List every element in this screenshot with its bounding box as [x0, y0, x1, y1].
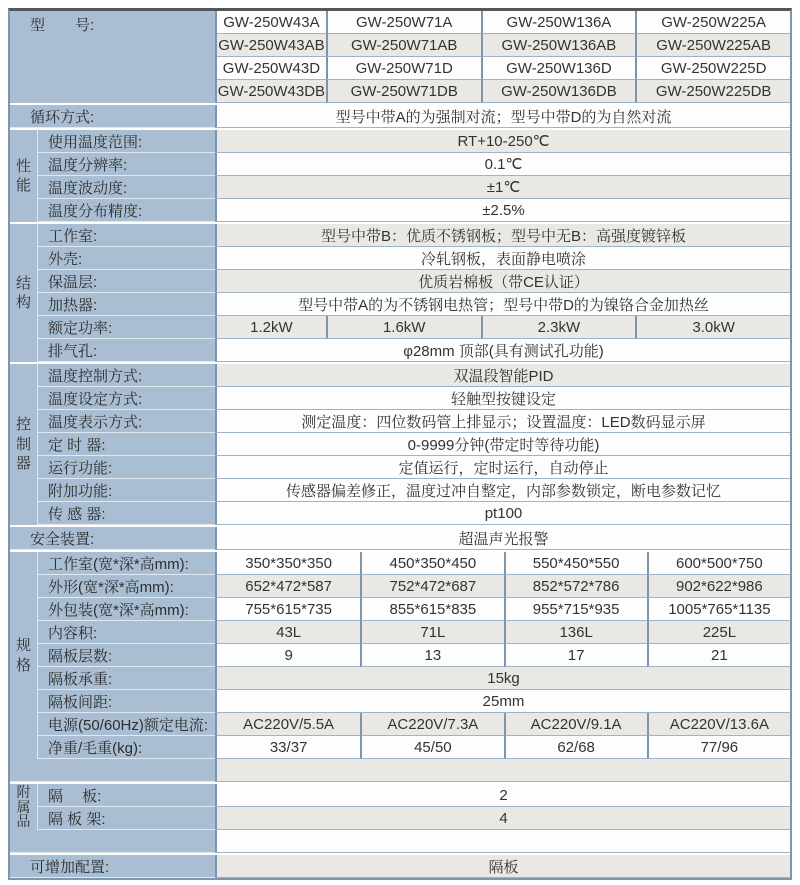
- table-row: 温度分辨率:0.1℃: [38, 153, 790, 176]
- value-cell: 752*472*687: [360, 575, 503, 598]
- value-cell: GW-250W43DB: [217, 80, 326, 103]
- value-cell: GW-250W43D: [217, 57, 326, 80]
- table-row: 循环方式:型号中带A的为强制对流；型号中带D的为自然对流: [10, 105, 790, 128]
- value-text: 3.0kW: [692, 319, 735, 336]
- row-label: 隔 板:: [38, 784, 215, 807]
- value-text: GW-250W43DB: [218, 83, 325, 100]
- section-rows: 温度控制方式:双温段智能PID温度设定方式:轻触型按键设定温度表示方式:测定温度…: [38, 364, 790, 525]
- value-text: GW-250W225AB: [656, 37, 771, 54]
- value-cell: 852*572*786: [504, 575, 647, 598]
- value-text: 超温声光报警: [458, 528, 548, 549]
- row-label: 安全装置:: [10, 527, 215, 550]
- value-cell: GW-250W136DB: [481, 80, 636, 103]
- table-row: 额定功率:1.2kW1.6kW2.3kW3.0kW: [38, 316, 790, 339]
- row-value: 0.1℃: [215, 153, 790, 176]
- row-label: 附加功能:: [38, 479, 215, 502]
- value-cell: AC220V/5.5A: [217, 713, 360, 736]
- value-cell: 755*615*735: [217, 598, 360, 621]
- section-rows: 工作室:型号中带B：优质不锈钢板；型号中无B：高强度镀锌板外壳:冷轧钢板，表面静…: [38, 224, 790, 362]
- table-row: 隔板间距:25mm: [38, 690, 790, 713]
- row-value: [215, 830, 790, 853]
- value-cell: GW-250W225A: [635, 11, 790, 34]
- value-text: 1.6kW: [383, 319, 426, 336]
- value-cell: 21: [647, 644, 790, 667]
- group-label-text: 性能: [16, 157, 31, 196]
- value-cells: 9131721: [215, 644, 790, 667]
- table-row: 温度设定方式:轻触型按键设定: [38, 387, 790, 410]
- value-cell: 77/96: [647, 736, 790, 759]
- value-cell: 855*615*835: [360, 598, 503, 621]
- value-cell: 652*472*587: [217, 575, 360, 598]
- value-text: 71L: [420, 624, 445, 641]
- value-text: 1.2kW: [250, 319, 293, 336]
- value-text: φ28mm 顶部(具有测试孔功能): [403, 340, 604, 361]
- row-label: 内容积:: [38, 621, 215, 644]
- row-label: 外壳:: [38, 247, 215, 270]
- row-value: 隔板: [215, 855, 790, 878]
- row-value: 测定温度：四位数码管上排显示；设置温度：LED数码显示屏: [215, 410, 790, 433]
- row-value: ±2.5%: [215, 199, 790, 222]
- table-row: [10, 830, 790, 853]
- row-label: 使用温度范围:: [38, 130, 215, 153]
- value-cell: 902*622*986: [647, 575, 790, 598]
- value-cell: 3.0kW: [635, 316, 790, 339]
- value-text: 定值运行，定时运行，自动停止: [398, 457, 608, 478]
- row-label-text: 排气孔:: [48, 340, 97, 361]
- row-value: 超温声光报警: [215, 527, 790, 550]
- value-text: 0-9999分钟(带定时等待功能): [408, 434, 600, 455]
- row-label-text: 外壳:: [48, 248, 82, 269]
- value-cell: 9: [217, 644, 360, 667]
- value-cell: 600*500*750: [647, 552, 790, 575]
- value-text: AC220V/5.5A: [243, 716, 334, 733]
- value-text: GW-250W71D: [356, 60, 453, 77]
- table-row: 保温层:优质岩棉板（带CE认证）: [38, 270, 790, 293]
- value-text: GW-250W43A: [223, 14, 319, 31]
- value-cell: AC220V/7.3A: [360, 713, 503, 736]
- value-text: 0.1℃: [485, 155, 523, 173]
- value-text: 1005*765*1135: [668, 601, 770, 618]
- table-row: 隔板承重:15kg: [38, 667, 790, 690]
- section-rows: 循环方式:型号中带A的为强制对流；型号中带D的为自然对流: [10, 105, 790, 128]
- row-label: 加热器:: [38, 293, 215, 316]
- row-label-text: 安全装置:: [30, 528, 94, 549]
- value-text: GW-250W136DB: [501, 83, 617, 100]
- value-cells: 1.2kW1.6kW2.3kW3.0kW: [215, 316, 790, 339]
- value-text: 550*450*550: [533, 555, 620, 572]
- value-text: pt100: [485, 505, 523, 522]
- row-label-text: 隔板承重:: [48, 668, 112, 689]
- value-text: 855*615*835: [389, 601, 476, 618]
- value-text: AC220V/9.1A: [531, 716, 622, 733]
- value-cells: AC220V/5.5AAC220V/7.3AAC220V/9.1AAC220V/…: [215, 713, 790, 736]
- value-cell: GW-250W71A: [326, 11, 481, 34]
- value-text: GW-250W136D: [506, 60, 612, 77]
- value-cells: GW-250W43DBGW-250W71DBGW-250W136DBGW-250…: [215, 80, 790, 103]
- section-rows: 隔 板:2隔 板 架:4: [38, 784, 790, 830]
- value-text: RT+10-250℃: [457, 132, 549, 150]
- section-model: 型 号:GW-250W43AGW-250W71AGW-250W136AGW-25…: [10, 11, 790, 103]
- value-cell: 2.3kW: [481, 316, 636, 339]
- value-cell: 1.6kW: [326, 316, 481, 339]
- value-text: 型号中带A的为不锈钢电热管；型号中带D的为镍铬合金加热丝: [298, 294, 709, 315]
- value-text: 21: [711, 647, 728, 664]
- value-text: 轻触型按键设定: [451, 388, 556, 409]
- row-label-text: 使用温度范围:: [48, 131, 142, 152]
- row-label: 隔 板 架:: [38, 807, 215, 830]
- section-safety: 安全装置:超温声光报警: [10, 527, 790, 550]
- table-row: [10, 759, 790, 782]
- table-row: 温度波动度:±1℃: [38, 176, 790, 199]
- row-value: [215, 759, 790, 782]
- value-cell: 13: [360, 644, 503, 667]
- value-cells: 43L71L136L225L: [215, 621, 790, 644]
- value-text: GW-250W71AB: [351, 37, 457, 54]
- value-text: 型号中带B：优质不锈钢板；型号中无B：高强度镀锌板: [321, 225, 686, 246]
- section-rows: 可增加配置:隔板: [10, 855, 790, 878]
- row-label: 型 号:: [10, 11, 215, 103]
- row-label: 温度波动度:: [38, 176, 215, 199]
- value-text: 45/50: [414, 739, 452, 756]
- row-value: 传感器偏差修正，温度过冲自整定，内部参数锁定，断电参数记忆: [215, 479, 790, 502]
- value-text: 77/96: [701, 739, 739, 756]
- section-accessories: 附属品隔 板:2隔 板 架:4: [10, 784, 790, 830]
- value-cell: 33/37: [217, 736, 360, 759]
- page: 型 号:GW-250W43AGW-250W71AGW-250W136AGW-25…: [0, 0, 800, 885]
- section-rows: [10, 830, 790, 853]
- value-cell: GW-250W71D: [326, 57, 481, 80]
- row-label-text: 隔 板:: [48, 785, 101, 806]
- row-label-text: 循环方式:: [30, 106, 94, 127]
- row-label: 电源(50/60Hz)额定电流:: [38, 713, 215, 736]
- value-text: 双温段智能PID: [453, 365, 553, 386]
- row-label: 隔板承重:: [38, 667, 215, 690]
- group-label-text: 结构: [16, 274, 31, 313]
- value-text: 652*472*587: [245, 578, 332, 595]
- value-cell: 550*450*550: [504, 552, 647, 575]
- row-value: 15kg: [215, 667, 790, 690]
- row-label: 温度表示方式:: [38, 410, 215, 433]
- value-text: GW-250W225D: [661, 60, 767, 77]
- value-text: 冷轧钢板，表面静电喷涂: [421, 248, 586, 269]
- row-label: 传 感 器:: [38, 502, 215, 525]
- row-label: 定 时 器:: [38, 433, 215, 456]
- value-cell: GW-250W225AB: [635, 34, 790, 57]
- value-text: GW-250W136A: [507, 14, 612, 31]
- row-value: 型号中带A的为不锈钢电热管；型号中带D的为镍铬合金加热丝: [215, 293, 790, 316]
- group-label: 规格: [10, 552, 38, 759]
- value-text: 600*500*750: [676, 555, 763, 572]
- row-value: 2: [215, 784, 790, 807]
- value-cell: GW-250W43A: [217, 11, 326, 34]
- table-row: 温度控制方式:双温段智能PID: [38, 364, 790, 387]
- value-text: 62/68: [557, 739, 595, 756]
- row-label-text: 型 号:: [30, 14, 94, 35]
- value-text: 752*472*687: [389, 578, 476, 595]
- value-text: 13: [425, 647, 442, 664]
- section-rows: 工作室(宽*深*高mm):350*350*350450*350*450550*4…: [38, 552, 790, 759]
- value-cell: GW-250W43AB: [217, 34, 326, 57]
- value-cell: 62/68: [504, 736, 647, 759]
- value-text: AC220V/13.6A: [670, 716, 769, 733]
- row-value: 型号中带B：优质不锈钢板；型号中无B：高强度镀锌板: [215, 224, 790, 247]
- value-cell: GW-250W71DB: [326, 80, 481, 103]
- group-label: 控制器: [10, 364, 38, 525]
- value-cells: GW-250W43ABGW-250W71ABGW-250W136ABGW-250…: [215, 34, 790, 57]
- row-label: 温度控制方式:: [38, 364, 215, 387]
- row-label-text: 保温层:: [48, 271, 97, 292]
- table-row: 隔 板 架:4: [38, 807, 790, 830]
- row-value: 冷轧钢板，表面静电喷涂: [215, 247, 790, 270]
- row-label: 外包装(宽*深*高mm):: [38, 598, 215, 621]
- table-row: 工作室(宽*深*高mm):350*350*350450*350*450550*4…: [38, 552, 790, 575]
- group-label-text: 控制器: [16, 415, 31, 474]
- value-text: 755*615*735: [245, 601, 332, 618]
- value-cell: 1005*765*1135: [647, 598, 790, 621]
- row-label-text: 定 时 器:: [48, 434, 106, 455]
- section-rows: 使用温度范围:RT+10-250℃温度分辨率:0.1℃温度波动度:±1℃温度分布…: [38, 130, 790, 222]
- value-cell: GW-250W136D: [481, 57, 636, 80]
- value-cells: 652*472*587752*472*687852*572*786902*622…: [215, 575, 790, 598]
- value-cells: 755*615*735855*615*835955*715*9351005*76…: [215, 598, 790, 621]
- row-value: 轻触型按键设定: [215, 387, 790, 410]
- value-cell: GW-250W71AB: [326, 34, 481, 57]
- row-label: 温度分布精度:: [38, 199, 215, 222]
- value-cell: GW-250W225D: [635, 57, 790, 80]
- value-cells: 33/3745/5062/6877/96: [215, 736, 790, 759]
- section-controller: 控制器温度控制方式:双温段智能PID温度设定方式:轻触型按键设定温度表示方式:测…: [10, 364, 790, 525]
- value-cell: 350*350*350: [217, 552, 360, 575]
- value-text: GW-250W71A: [356, 14, 452, 31]
- row-label-text: 额定功率:: [48, 317, 112, 338]
- value-cell: 450*350*450: [360, 552, 503, 575]
- row-value: 优质岩棉板（带CE认证）: [215, 270, 790, 293]
- table-row: 内容积:43L71L136L225L: [38, 621, 790, 644]
- table-row: GW-250W43DGW-250W71DGW-250W136DGW-250W22…: [215, 57, 790, 80]
- section-structure: 结构工作室:型号中带B：优质不锈钢板；型号中无B：高强度镀锌板外壳:冷轧钢板，表…: [10, 224, 790, 362]
- row-label-text: 隔 板 架:: [48, 808, 106, 829]
- row-label: 保温层:: [38, 270, 215, 293]
- row-label-text: 附加功能:: [48, 480, 112, 501]
- group-label-text: 规格: [16, 636, 31, 675]
- row-label-text: 净重/毛重(kg):: [48, 737, 142, 758]
- table-row: 外形(宽*深*高mm):652*472*587752*472*687852*57…: [38, 575, 790, 598]
- row-value: ±1℃: [215, 176, 790, 199]
- value-text: 测定温度：四位数码管上排显示；设置温度：LED数码显示屏: [301, 411, 705, 432]
- value-text: 2.3kW: [538, 319, 581, 336]
- value-cell: 955*715*935: [504, 598, 647, 621]
- row-label-text: 温度波动度:: [48, 177, 127, 198]
- table-row: 工作室:型号中带B：优质不锈钢板；型号中无B：高强度镀锌板: [38, 224, 790, 247]
- table-row: 排气孔:φ28mm 顶部(具有测试孔功能): [38, 339, 790, 362]
- section-rows: 安全装置:超温声光报警: [10, 527, 790, 550]
- table-row: 电源(50/60Hz)额定电流:AC220V/5.5AAC220V/7.3AAC…: [38, 713, 790, 736]
- row-value: 型号中带A的为强制对流；型号中带D的为自然对流: [215, 105, 790, 128]
- row-label-text: 电源(50/60Hz)额定电流:: [48, 714, 208, 735]
- table-row: 安全装置:超温声光报警: [10, 527, 790, 550]
- group-label-text: 附属品: [17, 785, 31, 830]
- row-label-text: 温度设定方式:: [48, 388, 142, 409]
- table-row: GW-250W43AGW-250W71AGW-250W136AGW-250W22…: [215, 11, 790, 34]
- value-text: 136L: [559, 624, 592, 641]
- value-cell: GW-250W136A: [481, 11, 636, 34]
- section-optional: 可增加配置:隔板: [10, 855, 790, 878]
- row-label-text: 内容积:: [48, 622, 97, 643]
- value-text: 隔板: [488, 856, 518, 877]
- value-cells: GW-250W43AGW-250W71AGW-250W136AGW-250W22…: [215, 11, 790, 34]
- row-value: RT+10-250℃: [215, 130, 790, 153]
- table-row: 使用温度范围:RT+10-250℃: [38, 130, 790, 153]
- spec-table: 型 号:GW-250W43AGW-250W71AGW-250W136AGW-25…: [8, 8, 792, 880]
- value-text: GW-250W71DB: [351, 83, 458, 100]
- value-text: 2: [499, 787, 507, 804]
- row-label-text: 温度表示方式:: [48, 411, 142, 432]
- value-cell: GW-250W136AB: [481, 34, 636, 57]
- row-label: 隔板间距:: [38, 690, 215, 713]
- row-label: 温度分辨率:: [38, 153, 215, 176]
- section-spec: 规格工作室(宽*深*高mm):350*350*350450*350*450550…: [10, 552, 790, 759]
- table-row: 附加功能:传感器偏差修正，温度过冲自整定，内部参数锁定，断电参数记忆: [38, 479, 790, 502]
- row-label-text: 外形(宽*深*高mm):: [48, 576, 174, 597]
- value-text: 450*350*450: [389, 555, 476, 572]
- group-label: 附属品: [10, 784, 38, 830]
- row-label-text: 工作室(宽*深*高mm):: [48, 553, 189, 574]
- group-label: 性能: [10, 130, 38, 222]
- value-text: 902*622*986: [676, 578, 763, 595]
- row-value: pt100: [215, 502, 790, 525]
- value-text: 33/37: [270, 739, 308, 756]
- value-text: 17: [568, 647, 585, 664]
- table-row: GW-250W43DBGW-250W71DBGW-250W136DBGW-250…: [215, 80, 790, 103]
- row-label-text: 温度分布精度:: [48, 200, 142, 221]
- value-text: 43L: [276, 624, 301, 641]
- row-value: 双温段智能PID: [215, 364, 790, 387]
- row-label: 工作室:: [38, 224, 215, 247]
- value-cells: 350*350*350450*350*450550*450*550600*500…: [215, 552, 790, 575]
- row-label-text: 温度分辨率:: [48, 154, 127, 175]
- value-text: GW-250W136AB: [502, 37, 617, 54]
- row-value: 25mm: [215, 690, 790, 713]
- row-label-text: 运行功能:: [48, 457, 112, 478]
- table-row: GW-250W43ABGW-250W71ABGW-250W136ABGW-250…: [215, 34, 790, 57]
- value-text: 优质岩棉板（带CE认证）: [418, 271, 589, 292]
- value-text: GW-250W225DB: [656, 83, 772, 100]
- value-cell: 17: [504, 644, 647, 667]
- row-label-text: 外包装(宽*深*高mm):: [48, 599, 189, 620]
- table-row: 温度分布精度:±2.5%: [38, 199, 790, 222]
- row-value: φ28mm 顶部(具有测试孔功能): [215, 339, 790, 362]
- value-text: 9: [284, 647, 292, 664]
- value-text: GW-250W43AB: [218, 37, 324, 54]
- row-label-text: 加热器:: [48, 294, 97, 315]
- row-label: 循环方式:: [10, 105, 215, 128]
- row-label: [10, 759, 215, 782]
- value-text: 4: [499, 810, 507, 827]
- row-value: 4: [215, 807, 790, 830]
- value-text: 955*715*935: [533, 601, 620, 618]
- row-label: 工作室(宽*深*高mm):: [38, 552, 215, 575]
- table-row: 定 时 器:0-9999分钟(带定时等待功能): [38, 433, 790, 456]
- section-performance: 性能使用温度范围:RT+10-250℃温度分辨率:0.1℃温度波动度:±1℃温度…: [10, 130, 790, 222]
- row-label: 外形(宽*深*高mm):: [38, 575, 215, 598]
- row-label-text: 隔板层数:: [48, 645, 112, 666]
- row-label: 净重/毛重(kg):: [38, 736, 215, 759]
- value-cell: 1.2kW: [217, 316, 326, 339]
- section-circulation: 循环方式:型号中带A的为强制对流；型号中带D的为自然对流: [10, 105, 790, 128]
- value-cell: GW-250W225DB: [635, 80, 790, 103]
- value-text: 15kg: [487, 670, 520, 687]
- table-row: 可增加配置:隔板: [10, 855, 790, 878]
- table-row: 外包装(宽*深*高mm):755*615*735855*615*835955*7…: [38, 598, 790, 621]
- value-text: 型号中带A的为强制对流；型号中带D的为自然对流: [336, 106, 672, 127]
- value-text: GW-250W43D: [223, 60, 320, 77]
- row-label-text: 可增加配置:: [30, 856, 109, 877]
- value-text: AC220V/7.3A: [387, 716, 478, 733]
- table-row: 运行功能:定值运行，定时运行，自动停止: [38, 456, 790, 479]
- value-cell: 45/50: [360, 736, 503, 759]
- value-text: 25mm: [483, 693, 525, 710]
- value-cells: GW-250W43DGW-250W71DGW-250W136DGW-250W22…: [215, 57, 790, 80]
- value-text: GW-250W225A: [661, 14, 766, 31]
- row-label-text: 传 感 器:: [48, 503, 106, 524]
- group-label: 结构: [10, 224, 38, 362]
- value-cell: 225L: [647, 621, 790, 644]
- row-label: 可增加配置:: [10, 855, 215, 878]
- section-spec-spacer: [10, 759, 790, 782]
- value-cell: 71L: [360, 621, 503, 644]
- row-label: 排气孔:: [38, 339, 215, 362]
- row-label-text: 温度控制方式:: [48, 365, 142, 386]
- model-grid: GW-250W43AGW-250W71AGW-250W136AGW-250W22…: [215, 11, 790, 103]
- value-text: 225L: [703, 624, 736, 641]
- table-row: 外壳:冷轧钢板，表面静电喷涂: [38, 247, 790, 270]
- row-label-text: 隔板间距:: [48, 691, 112, 712]
- value-text: 350*350*350: [245, 555, 332, 572]
- table-row: 隔板层数:9131721: [38, 644, 790, 667]
- row-label: [10, 830, 215, 853]
- value-cell: 136L: [504, 621, 647, 644]
- table-row: 隔 板:2: [38, 784, 790, 807]
- section-accessories-spacer: [10, 830, 790, 853]
- table-row: 温度表示方式:测定温度：四位数码管上排显示；设置温度：LED数码显示屏: [38, 410, 790, 433]
- value-cell: 43L: [217, 621, 360, 644]
- table-row: 传 感 器:pt100: [38, 502, 790, 525]
- row-label-text: 工作室:: [48, 225, 97, 246]
- row-label: 额定功率:: [38, 316, 215, 339]
- value-text: ±2.5%: [482, 202, 524, 219]
- table-row: 净重/毛重(kg):33/3745/5062/6877/96: [38, 736, 790, 759]
- value-text: 传感器偏差修正，温度过冲自整定，内部参数锁定，断电参数记忆: [286, 480, 721, 501]
- value-cell: AC220V/9.1A: [504, 713, 647, 736]
- value-text: 852*572*786: [533, 578, 620, 595]
- row-value: 0-9999分钟(带定时等待功能): [215, 433, 790, 456]
- spec-table-body: 型 号:GW-250W43AGW-250W71AGW-250W136AGW-25…: [10, 11, 790, 878]
- section-rows: [10, 759, 790, 782]
- row-label: 运行功能:: [38, 456, 215, 479]
- value-cell: AC220V/13.6A: [647, 713, 790, 736]
- value-text: ±1℃: [487, 178, 520, 196]
- row-label: 隔板层数:: [38, 644, 215, 667]
- row-value: 定值运行，定时运行，自动停止: [215, 456, 790, 479]
- row-label: 温度设定方式:: [38, 387, 215, 410]
- table-row: 加热器:型号中带A的为不锈钢电热管；型号中带D的为镍铬合金加热丝: [38, 293, 790, 316]
